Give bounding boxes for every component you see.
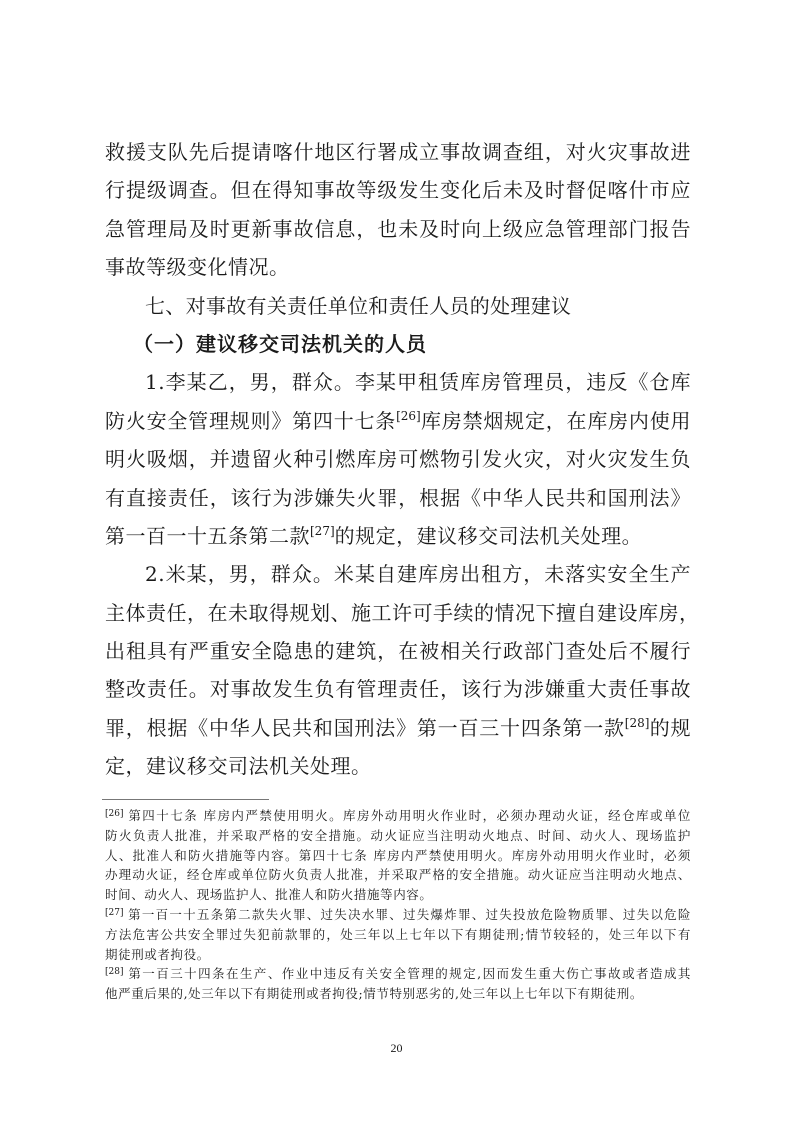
- text-line: 事故等级变化情况。: [105, 248, 691, 286]
- footnote-mark: [28]: [105, 967, 123, 977]
- footnote-line: 期徒刑或者拘役。: [105, 945, 691, 965]
- footnote-line: 办理动火证，经仓库或单位防火负责人批准，并采取严格的安全措施。动火证应当注明动火…: [105, 865, 691, 885]
- footnote-mark: [26]: [105, 809, 123, 819]
- text-span: 第一百一十五条第二款: [105, 524, 310, 548]
- text-line: 行提级调查。但在得知事故等级发生变化后未及时督促喀什市应: [105, 171, 691, 209]
- footnote-27: [27]第一百一十五条第二款失火罪、过失决水罪、过失爆炸罪、过失投放危险物质罪、…: [105, 905, 691, 964]
- text-line: 救援支队先后提请喀什地区行署成立事故调查组，对火灾事故进: [105, 133, 691, 171]
- text-line: 1.李某乙，男，群众。李某甲租赁库房管理员，违反《仓库: [105, 363, 691, 401]
- text-line: 定，建议移交司法机关处理。: [105, 747, 691, 785]
- footnote-line: 人、批准人和防火措施等内容。第四十七条 库房内严禁使用明火。库房外动用明火作业时…: [105, 846, 691, 866]
- footnotes: [26]第四十七条 库房内严禁使用明火。库房外动用明火作业时，必须办理动火证，经…: [105, 806, 691, 1004]
- text-line: 防火安全管理规则》第四十七条[26]库房禁烟规定，在库房内使用: [105, 402, 691, 440]
- text-line: 有直接责任，该行为涉嫌失火罪，根据《中华人民共和国刑法》: [105, 479, 691, 517]
- document-body: 救援支队先后提请喀什地区行署成立事故调查组，对火灾事故进 行提级调查。但在得知事…: [105, 133, 691, 786]
- text-span: 的规: [649, 716, 691, 740]
- footnote-ref-28[interactable]: [28]: [625, 716, 650, 730]
- text-line: 急管理局及时更新事故信息，也未及时向上级应急管理部门报告: [105, 210, 691, 248]
- footnote-separator: [102, 799, 269, 800]
- footnote-line: 防火负责人批准，并采取严格的安全措施。动火证应当注明动火地点、时间、动火人、现场…: [105, 826, 691, 846]
- text-line: 主体责任，在未取得规划、施工许可手续的情况下擅自建设库房，: [105, 594, 691, 632]
- footnote-line: 方法危害公共安全罪过失犯前款罪的，处三年以上七年以下有期徒刑;情节较轻的，处三年…: [105, 925, 691, 945]
- section-heading: 七、对事故有关责任单位和责任人员的处理建议: [105, 287, 691, 325]
- text-line: 出租具有严重安全隐患的建筑，在被相关行政部门查处后不履行: [105, 632, 691, 670]
- footnote-line: [26]第四十七条 库房内严禁使用明火。库房外动用明火作业时，必须办理动火证，经…: [105, 806, 691, 826]
- text-line: 罪，根据《中华人民共和国刑法》第一百三十四条第一款[28]的规: [105, 709, 691, 747]
- text-span: 防火安全管理规则》第四十七条: [105, 409, 396, 433]
- text-line: 整改责任。对事故发生负有管理责任，该行为涉嫌重大责任事故: [105, 670, 691, 708]
- text-span: 的规定，建议移交司法机关处理。: [335, 524, 643, 548]
- subsection-heading: （一）建议移交司法机关的人员: [105, 325, 691, 363]
- footnote-line: [28]第一百三十四条在生产、作业中违反有关安全管理的规定,因而发生重大伤亡事故…: [105, 964, 691, 984]
- footnote-26: [26]第四十七条 库房内严禁使用明火。库房外动用明火作业时，必须办理动火证，经…: [105, 806, 691, 905]
- footnote-mark: [27]: [105, 908, 123, 918]
- text-span: 库房禁烟规定，在库房内使用: [421, 409, 691, 433]
- text-span: 第一百一十五条第二款失火罪、过失决水罪、过失爆炸罪、过失投放危险物质罪、过失以危…: [127, 907, 691, 922]
- page-number: 20: [0, 1041, 793, 1056]
- text-span: 罪，根据《中华人民共和国刑法》第一百三十四条第一款: [105, 716, 625, 740]
- footnote-ref-27[interactable]: [27]: [310, 524, 335, 538]
- text-line: 第一百一十五条第二款[27]的规定，建议移交司法机关处理。: [105, 517, 691, 555]
- item-2-paragraph: 2.米某，男，群众。米某自建库房出租方，未落实安全生产 主体责任，在未取得规划、…: [105, 555, 691, 785]
- text-line: 明火吸烟，并遗留火种引燃库房可燃物引发火灾，对火灾发生负: [105, 440, 691, 478]
- text-line: 2.米某，男，群众。米某自建库房出租方，未落实安全生产: [105, 555, 691, 593]
- footnote-ref-26[interactable]: [26]: [396, 409, 421, 423]
- footnote-line: 时间、动火人、现场监护人、批准人和防火措施等内容。: [105, 885, 691, 905]
- footnote-line: 他严重后果的,处三年以下有期徒刑或者拘役;情节特别恶劣的,处三年以上七年以下有期…: [105, 984, 691, 1004]
- text-span: 第四十七条 库房内严禁使用明火。库房外动用明火作业时，必须办理动火证，经仓库或单…: [127, 808, 691, 823]
- footnote-line: [27]第一百一十五条第二款失火罪、过失决水罪、过失爆炸罪、过失投放危险物质罪、…: [105, 905, 691, 925]
- text-span: 第一百三十四条在生产、作业中违反有关安全管理的规定,因而发生重大伤亡事故或者造成…: [127, 966, 691, 981]
- item-1-paragraph: 1.李某乙，男，群众。李某甲租赁库房管理员，违反《仓库 防火安全管理规则》第四十…: [105, 363, 691, 555]
- footnote-28: [28]第一百三十四条在生产、作业中违反有关安全管理的规定,因而发生重大伤亡事故…: [105, 964, 691, 1004]
- continuation-paragraph: 救援支队先后提请喀什地区行署成立事故调查组，对火灾事故进 行提级调查。但在得知事…: [105, 133, 691, 287]
